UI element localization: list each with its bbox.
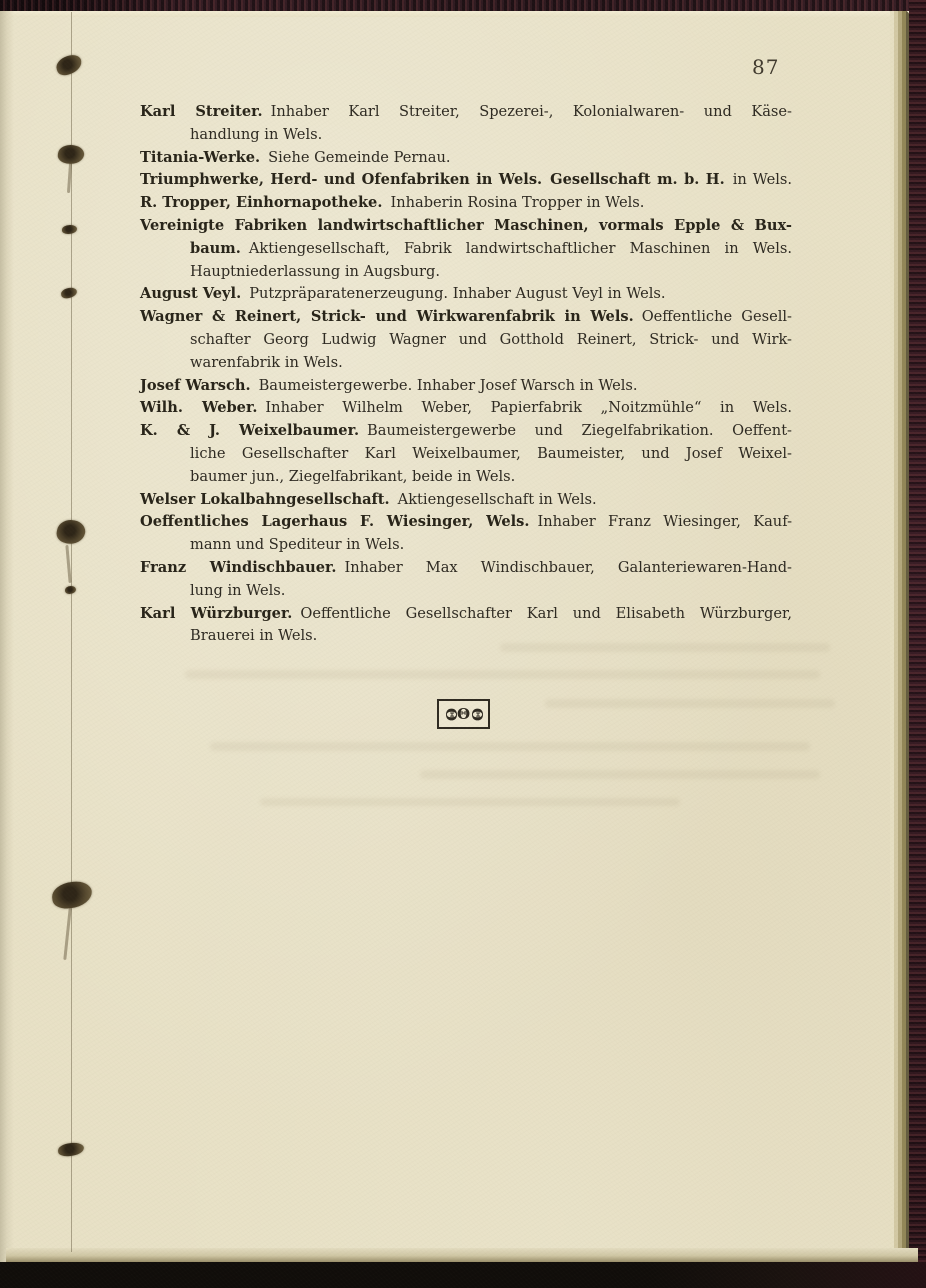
binding-knot: [60, 287, 77, 299]
directory-line: Vereinigte Fabriken landwirtschaftlicher…: [140, 215, 792, 238]
directory-line: baumer jun., Ziegelfabrikant, beide in W…: [140, 466, 792, 489]
entry-name: R. Tropper, Einhornapotheke.: [140, 194, 382, 211]
directory-line: mann und Spediteur in Wels.: [140, 534, 792, 557]
showthrough-smudge: [260, 798, 680, 806]
directory-line: Welser Lokalbahngesellschaft. Aktiengese…: [140, 489, 792, 512]
directory-line: K. & J. Weixelbaumer. Baumeistergewerbe …: [140, 420, 792, 443]
directory-line: Oeffentliches Lagerhaus F. Wiesinger, We…: [140, 511, 792, 534]
directory-entry: Vereinigte Fabriken landwirtschaftlicher…: [140, 215, 792, 283]
binding-knot: [55, 517, 87, 546]
directory-line: Wilh. Weber. Inhaber Wilhelm Weber, Papi…: [140, 397, 792, 420]
entry-name: Wagner & Reinert, Strick- und Wirkwarenf…: [140, 308, 634, 325]
directory-line: Franz Windischbauer. Inhaber Max Windisc…: [140, 557, 792, 580]
directory-entry: August Veyl. Putzpräparatenerzeugung. In…: [140, 283, 792, 306]
directory-line: baum. Aktiengesellschaft, Fabrik landwir…: [140, 238, 792, 261]
entry-name: Triumphwerke, Herd- und Ofenfabriken in …: [140, 171, 542, 188]
entry-text: Aktiengesellschaft, Fabrik landwirtschaf…: [249, 240, 792, 257]
directory-line: Karl Würzburger. Oeffentliche Gesellscha…: [140, 603, 792, 626]
entry-text: Oeffentliche Gesell-: [642, 308, 792, 325]
directory-entry: K. & J. Weixelbaumer. Baumeistergewerbe …: [140, 420, 792, 488]
showthrough-smudge: [185, 670, 820, 679]
directory-entry: Josef Warsch. Baumeistergewerbe. Inhaber…: [140, 375, 792, 398]
page-stack-top-edge: [8, 11, 913, 17]
directory-line: Karl Streiter. Inhaber Karl Streiter, Sp…: [140, 101, 792, 124]
directory-entry: Karl Streiter. Inhaber Karl Streiter, Sp…: [140, 101, 792, 147]
entry-text: liche Gesellschafter Karl Weixelbaumer, …: [190, 445, 792, 462]
page-bottom-edge: [6, 1248, 918, 1262]
entry-name: Karl Würzburger.: [140, 605, 292, 622]
entry-text: Putzpräparatenerzeugung. Inhaber August …: [249, 285, 665, 302]
entry-name: Karl Streiter.: [140, 103, 263, 120]
entry-text: in Wels.: [733, 171, 792, 188]
directory-list: Karl Streiter. Inhaber Karl Streiter, Sp…: [140, 101, 792, 648]
directory-entry: R. Tropper, Einhornapotheke. Inhaberin R…: [140, 192, 792, 215]
directory-line: Hauptniederlassung in Augsburg.: [140, 261, 792, 284]
entry-text: Inhaber Franz Wiesinger, Kauf-: [537, 513, 792, 530]
showthrough-smudge: [420, 770, 820, 779]
showthrough-smudge: [545, 699, 835, 708]
entry-text: mann und Spediteur in Wels.: [190, 536, 404, 553]
directory-line: Brauerei in Wels.: [140, 625, 792, 648]
entry-text: Siehe Gemeinde Pernau.: [268, 149, 450, 166]
showthrough-smudge: [210, 742, 810, 751]
page-number: 87: [752, 55, 779, 79]
book-cover-top: [0, 0, 926, 11]
binding-knot: [65, 586, 76, 594]
directory-entry: Wagner & Reinert, Strick- und Wirkwarenf…: [140, 306, 792, 374]
binding-knot: [58, 1142, 85, 1157]
directory-line: warenfabrik in Wels.: [140, 352, 792, 375]
directory-line: R. Tropper, Einhornapotheke. Inhaberin R…: [140, 192, 792, 215]
directory-line: Titania-Werke. Siehe Gemeinde Pernau.: [140, 147, 792, 170]
entry-text: Baumeistergewerbe und Ziegelfabrikation.…: [367, 422, 792, 439]
entry-text: schafter Georg Ludwig Wagner und Gotthol…: [190, 331, 792, 348]
page-left-edge-shadow: [0, 10, 14, 1262]
directory-entry: Titania-Werke. Siehe Gemeinde Pernau.: [140, 147, 792, 170]
entry-name: August Veyl.: [140, 285, 241, 302]
directory-entry: Oeffentliches Lagerhaus F. Wiesinger, We…: [140, 511, 792, 557]
directory-line: schafter Georg Ludwig Wagner und Gotthol…: [140, 329, 792, 352]
entry-name: K. & J. Weixelbaumer.: [140, 422, 359, 439]
entry-text: Baumeistergewerbe. Inhaber Josef Warsch …: [259, 377, 638, 394]
entry-name: Gesellschaft m. b. H.: [550, 171, 725, 188]
directory-line: Triumphwerke, Herd- und Ofenfabriken in …: [140, 169, 792, 192]
directory-line: Wagner & Reinert, Strick- und Wirkwarenf…: [140, 306, 792, 329]
section-end-ornament: Θ Θ Θ: [437, 699, 490, 729]
binding-knot: [62, 225, 77, 234]
directory-line: August Veyl. Putzpräparatenerzeugung. In…: [140, 283, 792, 306]
directory-entry: Karl Würzburger. Oeffentliche Gesellscha…: [140, 603, 792, 649]
entry-text: handlung in Wels.: [190, 126, 322, 143]
directory-line: handlung in Wels.: [140, 124, 792, 147]
ornament-glyph: Θ: [443, 707, 458, 720]
directory-entry: Wilh. Weber. Inhaber Wilhelm Weber, Papi…: [140, 397, 792, 420]
binding-thread: [71, 12, 72, 1252]
entry-text: Inhaber Wilhelm Weber, Papierfabrik „Noi…: [265, 399, 792, 416]
entry-text: Brauerei in Wels.: [190, 627, 317, 644]
entry-name: Franz Windischbauer.: [140, 559, 336, 576]
entry-text: Inhaberin Rosina Tropper in Wels.: [390, 194, 644, 211]
entry-name: Welser Lokalbahngesellschaft.: [140, 491, 390, 508]
book-cover-bottom: [0, 1262, 926, 1288]
binding-knot: [54, 52, 84, 77]
directory-line: lung in Wels.: [140, 580, 792, 603]
entry-name: Josef Warsch.: [140, 377, 251, 394]
entry-text: Inhaber Karl Streiter, Spezerei-, Koloni…: [271, 103, 792, 120]
directory-line: liche Gesellschafter Karl Weixelbaumer, …: [140, 443, 792, 466]
entry-name: Wilh. Weber.: [140, 399, 257, 416]
entry-text: Hauptniederlassung in Augsburg.: [190, 263, 440, 280]
entry-name: Oeffentliches Lagerhaus F. Wiesinger, We…: [140, 513, 529, 530]
book-scan-page: 87 Karl Streiter. Inhaber Karl Streiter,…: [0, 0, 926, 1288]
entry-text: lung in Wels.: [190, 582, 285, 599]
entry-text: Oeffentliche Gesellschafter Karl und Eli…: [300, 605, 792, 622]
directory-entry: Welser Lokalbahngesellschaft. Aktiengese…: [140, 489, 792, 512]
entry-text: baumer jun., Ziegelfabrikant, beide in W…: [190, 468, 515, 485]
entry-name: Vereinigte Fabriken landwirtschaftlicher…: [140, 217, 792, 234]
entry-name: baum.: [190, 240, 241, 257]
directory-line: Josef Warsch. Baumeistergewerbe. Inhaber…: [140, 375, 792, 398]
entry-text: warenfabrik in Wels.: [190, 354, 343, 371]
directory-entry: Franz Windischbauer. Inhaber Max Windisc…: [140, 557, 792, 603]
entry-text: Inhaber Max Windischbauer, Galanteriewar…: [344, 559, 792, 576]
directory-entry: Triumphwerke, Herd- und Ofenfabriken in …: [140, 169, 792, 192]
ornament-glyph: Θ: [469, 707, 484, 720]
book-cover-right: [909, 0, 926, 1288]
binding-knot: [51, 880, 93, 910]
entry-name: Titania-Werke.: [140, 149, 260, 166]
entry-text: Aktiengesellschaft in Wels.: [398, 491, 597, 508]
